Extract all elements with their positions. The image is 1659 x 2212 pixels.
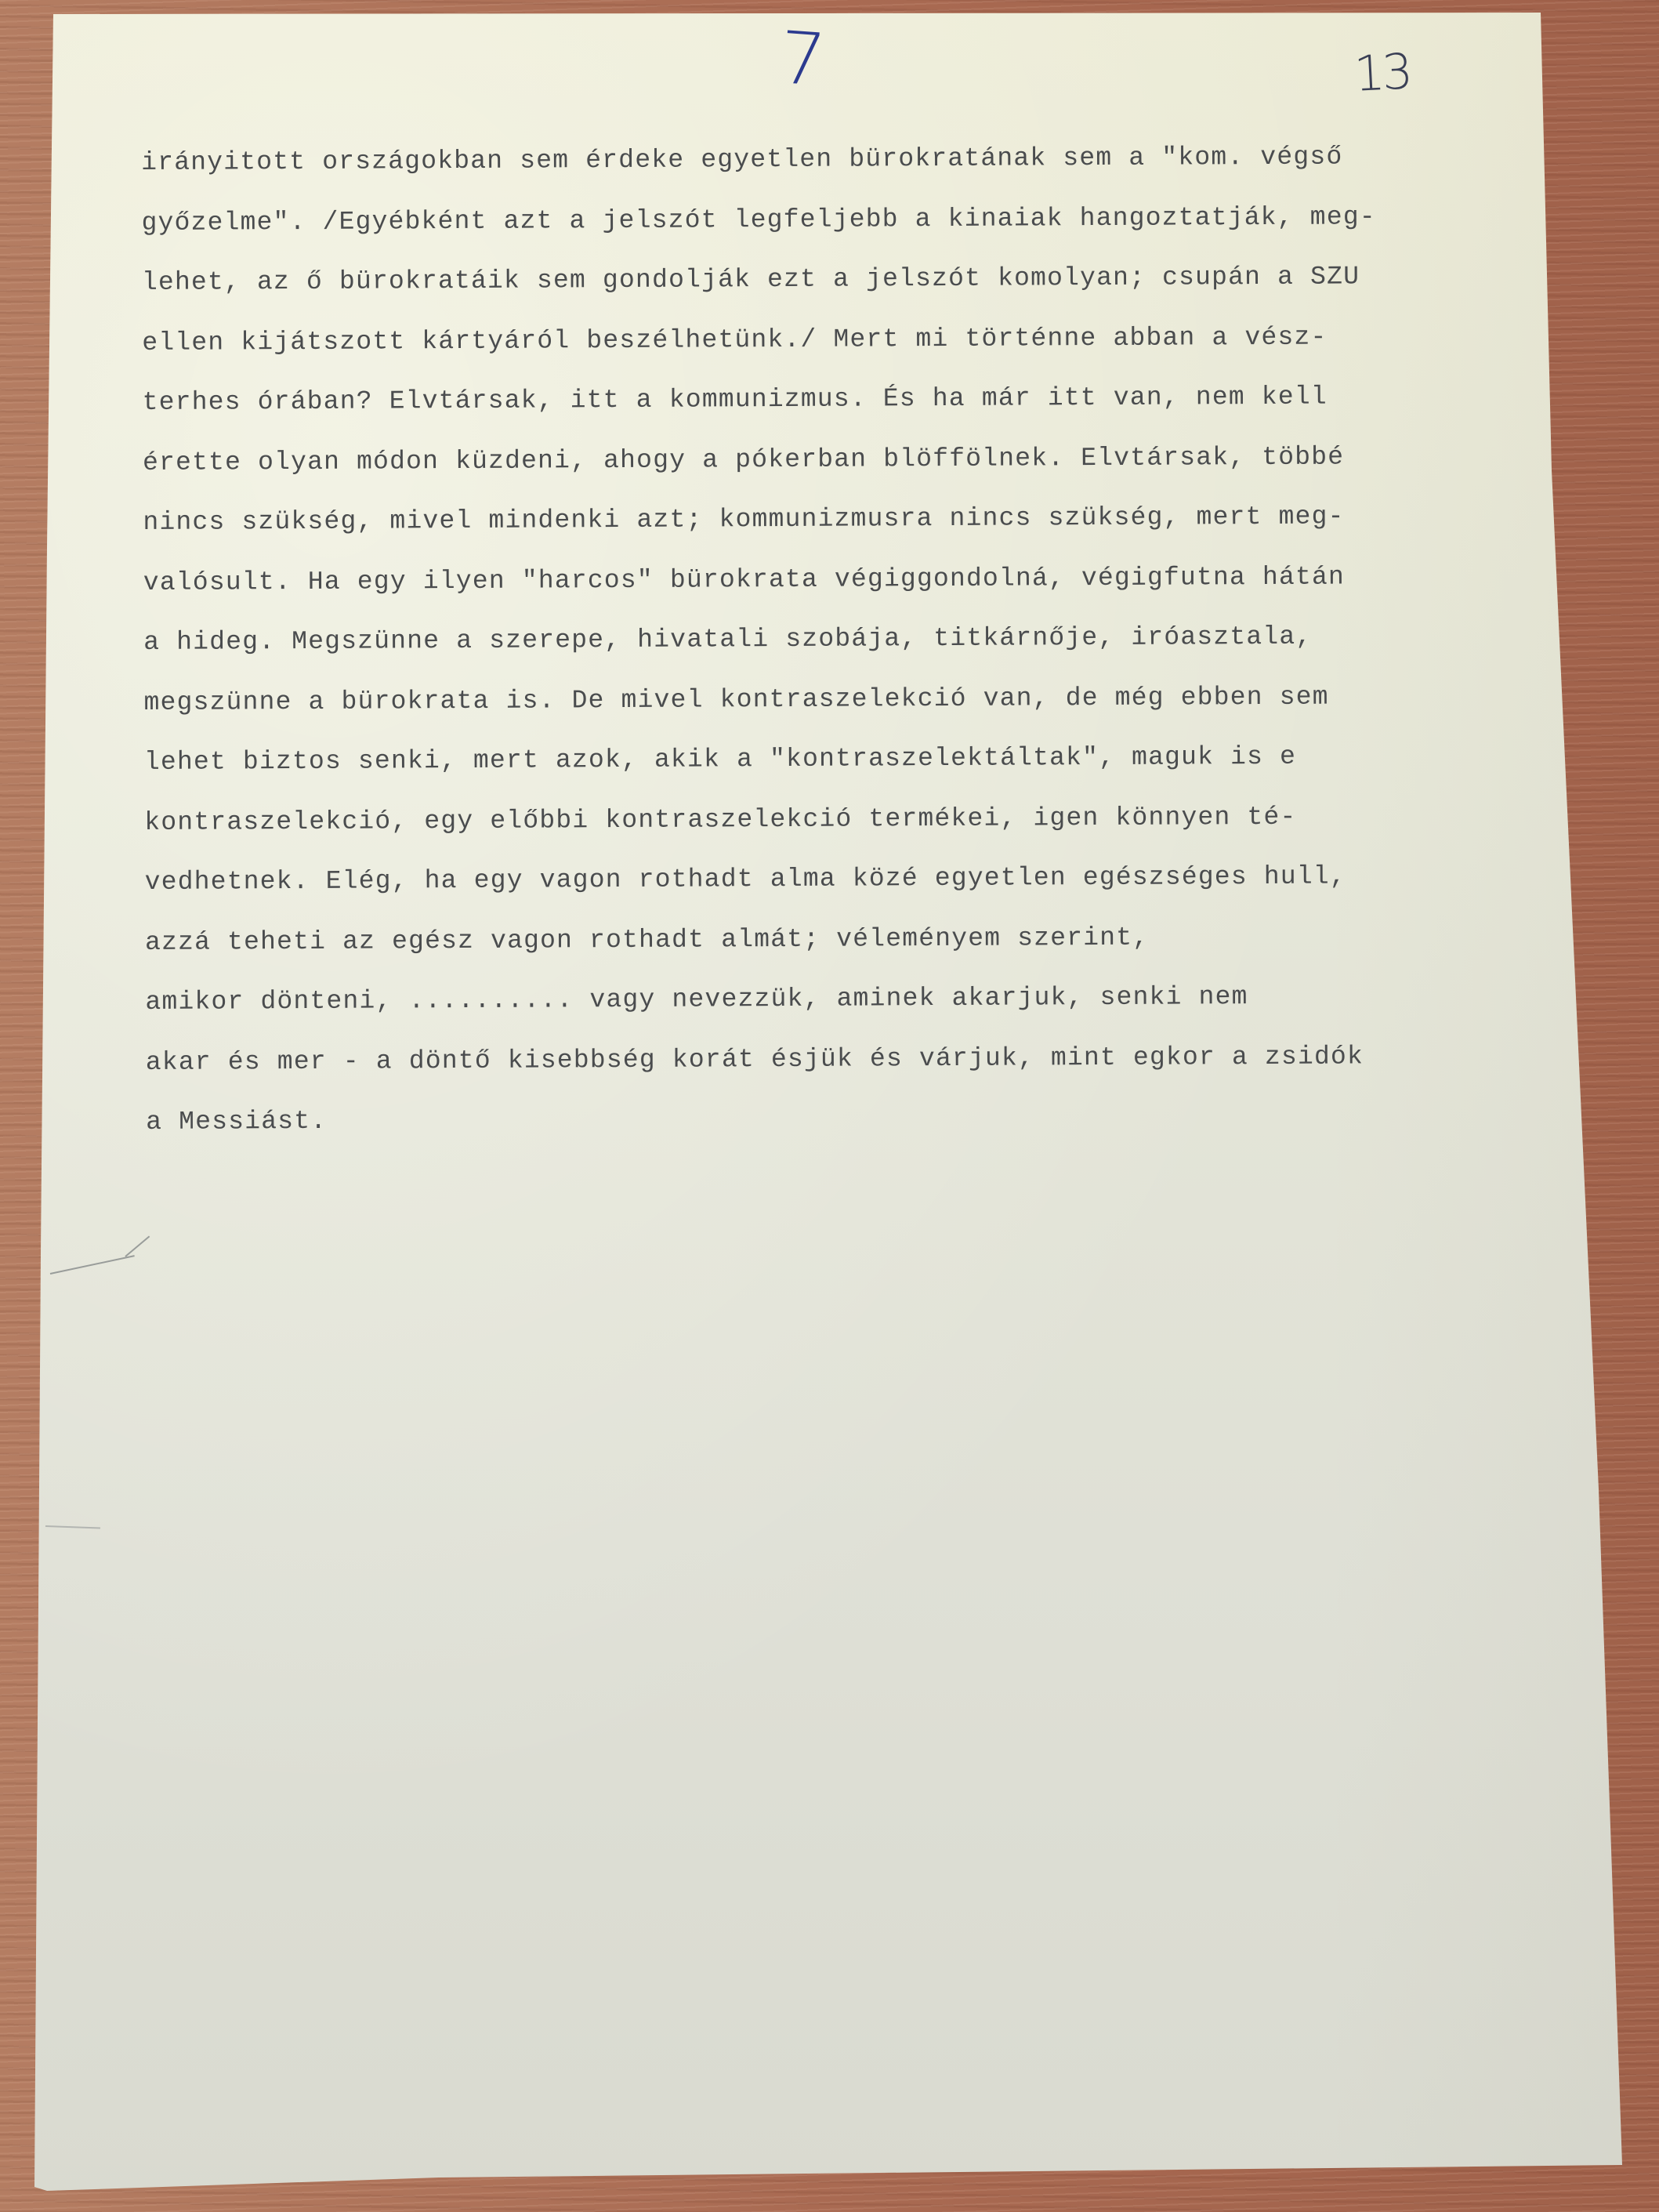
text-line: kontraszelekció, egy előbbi kontraszelek…	[144, 786, 1555, 853]
typewritten-body: irányitott országokban sem érdeke egyetl…	[141, 126, 1556, 1152]
handwritten-page-number: 13	[1353, 42, 1411, 103]
handwritten-mark: 7	[777, 16, 828, 103]
text-line: akar és mer - a döntő kisebbség korát és…	[146, 1026, 1556, 1093]
text-line: lehet, az ő bürokratáik sem gondolják ez…	[142, 246, 1552, 313]
text-line: terhes órában? Elvtársak, itt a kommuniz…	[142, 366, 1552, 433]
text-line: ellen kijátszott kártyáról beszélhetünk.…	[142, 306, 1552, 373]
text-line: győzelme". /Egyébként azt a jelszót legf…	[141, 187, 1552, 253]
text-line: irányitott országokban sem érdeke egyetl…	[141, 126, 1552, 193]
text-line: lehet biztos senki, mert azok, akik a "k…	[144, 726, 1555, 792]
text-line: valósult. Ha egy ilyen "harcos" bürokrat…	[143, 546, 1554, 613]
text-line: vedhetnek. Elég, ha egy vagon rothadt al…	[144, 846, 1555, 912]
text-line: azzá teheti az egész vagon rothadt almát…	[145, 906, 1556, 973]
text-line: érette olyan módon küzdeni, ahogy a póke…	[143, 426, 1553, 493]
text-line: a Messiást.	[146, 1086, 1556, 1152]
text-line: amikor dönteni, .......... vagy nevezzük…	[145, 966, 1556, 1032]
text-line: a hideg. Megszünne a szerepe, hivatali s…	[143, 606, 1554, 673]
text-line: nincs szükség, mivel mindenki azt; kommu…	[143, 486, 1553, 553]
text-line: megszünne a bürokrata is. De mivel kontr…	[143, 666, 1554, 733]
